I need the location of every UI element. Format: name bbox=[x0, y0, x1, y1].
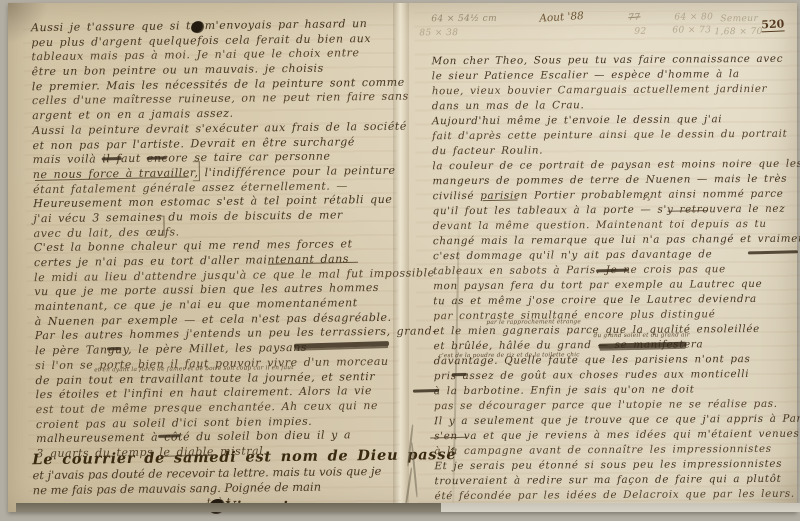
interline-correction: du grand soleil et du grand air bbox=[594, 332, 690, 339]
letter-page-left: Aussi je t'assure que si tu m'envoyais p… bbox=[23, 15, 401, 516]
scan-background-strip bbox=[441, 503, 800, 512]
pencil-size-annotation: 85 × 38 bbox=[419, 28, 458, 38]
strikethrough-mark bbox=[452, 373, 467, 376]
letter-line: Mon cher Theo, Sous peu tu vas faire con… bbox=[432, 52, 800, 70]
letter-line: changé mais la remarque que lui n'a pas … bbox=[433, 232, 800, 250]
letter-line: tu as et même j'ose croire que le Lautre… bbox=[433, 292, 800, 310]
pencil-size-annotation: 64 × 80 bbox=[674, 12, 713, 22]
left-page-text: Aussi je t'assure que si tu m'envoyais p… bbox=[31, 17, 400, 462]
pencil-size-annotation: 64 × 54½ cm bbox=[431, 14, 497, 24]
scan-shadow-strip bbox=[16, 503, 441, 512]
pencil-number-annotation: 92 bbox=[634, 27, 646, 37]
page-number: 520 bbox=[761, 17, 785, 32]
letter-page-right: 64 × 54½ cm Aout '88 77 64 × 80 Semeur 5… bbox=[414, 10, 800, 513]
letter-paper: Aussi je t'assure que si tu m'envoyais p… bbox=[8, 3, 797, 512]
bracket-mark bbox=[193, 161, 200, 181]
interline-correction: c'est de la poudre de riz et de la toile… bbox=[439, 352, 580, 359]
bracket-mark bbox=[157, 216, 164, 236]
pencil-word-annotation: Semeur bbox=[720, 14, 758, 24]
letter-line: pris assez de goût aux choses rudes aux … bbox=[434, 367, 800, 385]
closing-line: ne me fais pas de mauvais sang. Poignée … bbox=[33, 479, 405, 499]
ink-date-annotation: Aout '88 bbox=[539, 10, 584, 25]
letter-line: été fécondée par les idées de Delacroix … bbox=[435, 487, 800, 505]
letter-scan: Aussi je t'assure que si tu m'envoyais p… bbox=[0, 0, 800, 521]
strikethrough-mark bbox=[107, 347, 121, 350]
interline-insertion: s'y bbox=[643, 196, 651, 202]
right-page-text: Mon cher Theo, Sous peu tu vas faire con… bbox=[432, 52, 800, 505]
pencil-size-annotation: 1,68 × 70 bbox=[714, 27, 762, 37]
pencil-size-annotation: 60 × 73 bbox=[672, 25, 711, 35]
pencil-crossed-number: 77 bbox=[628, 12, 641, 23]
letter-line: fait d'après cette peinture ainsi que le… bbox=[432, 127, 800, 145]
interline-correction: par le rapprochement étrange bbox=[486, 319, 581, 326]
letter-closing: Le courrier de samedi est nom de Dieu pa… bbox=[32, 447, 405, 499]
letter-line: houe, vieux bouvier Camarguais actuellem… bbox=[432, 82, 800, 100]
